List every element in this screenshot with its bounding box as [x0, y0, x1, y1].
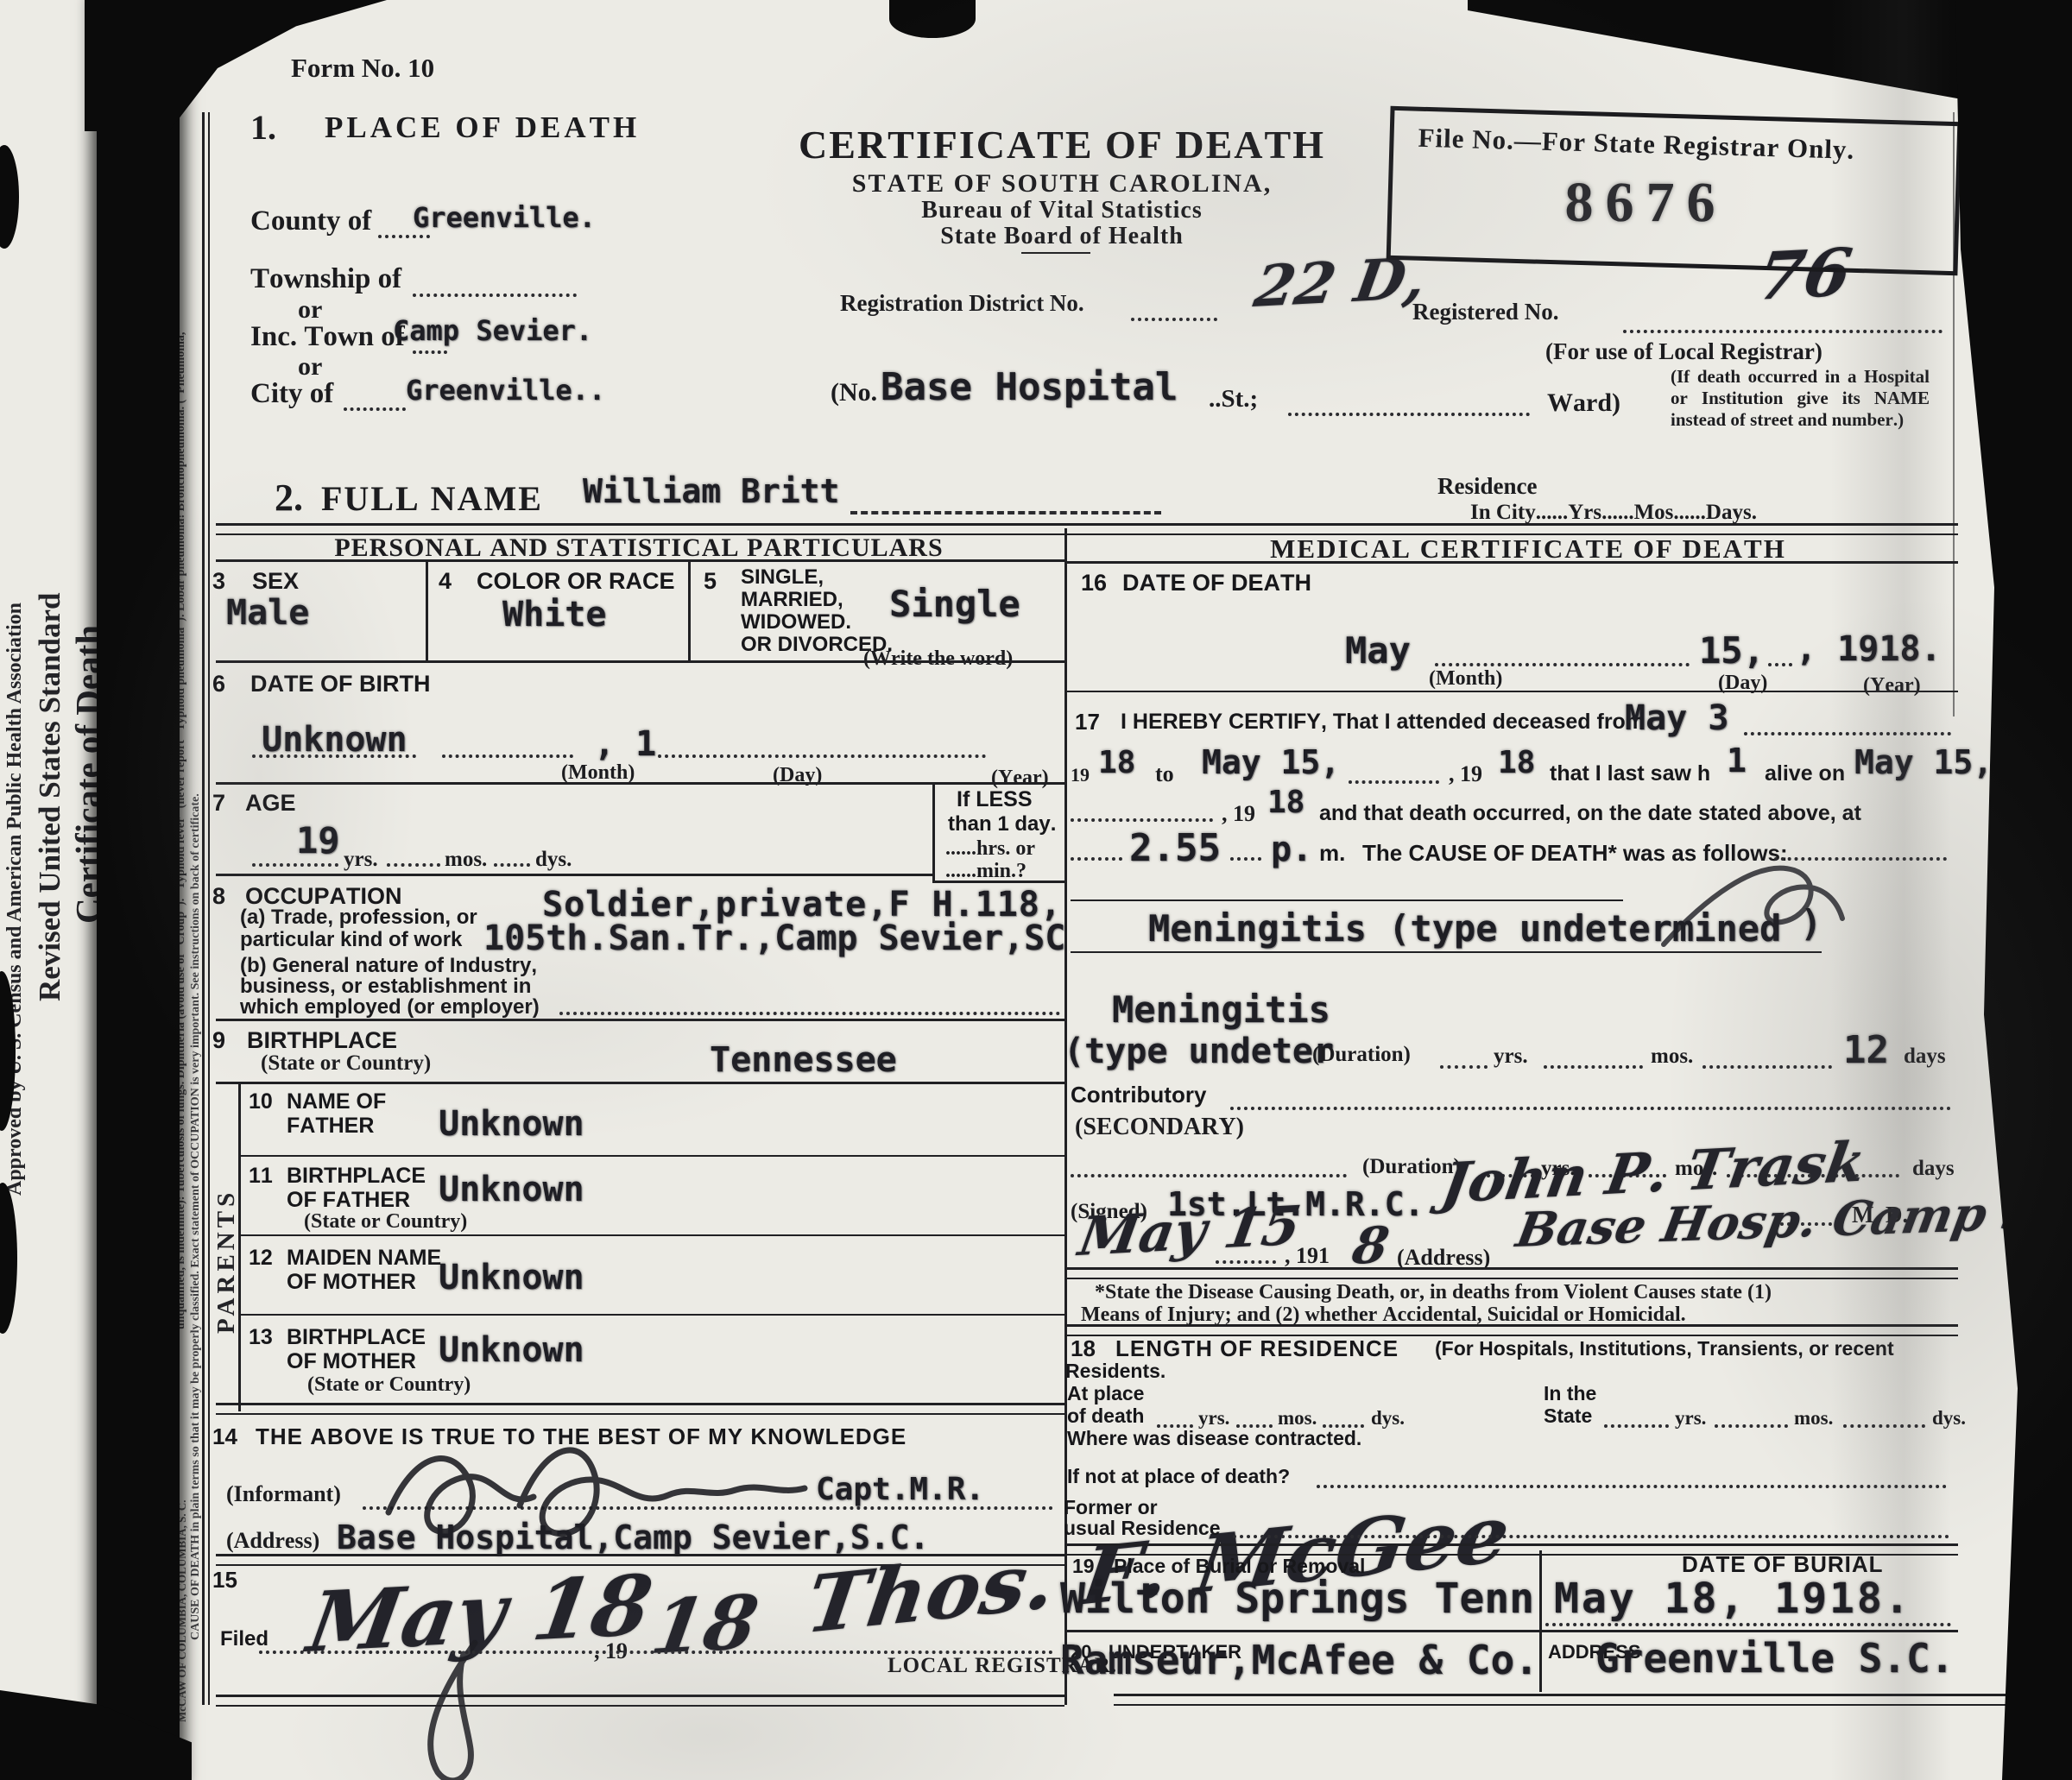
cause-footnote2: Means of Injury; and (2) whether Acciden… — [1081, 1303, 1686, 1327]
duration-dotline3 — [1702, 1065, 1832, 1069]
duration2-days-label: days — [1912, 1157, 1955, 1181]
res-yrs2: yrs. — [1675, 1407, 1706, 1430]
father-bp-row-rule — [238, 1234, 1064, 1236]
of-death-label: of death — [1067, 1405, 1144, 1428]
inc-town-value: Camp Sevier. — [393, 316, 592, 347]
county-value: Greenville. — [413, 203, 596, 234]
line2-19: 19 — [1071, 765, 1090, 786]
fullname-value: William Britt — [583, 473, 839, 510]
father-label2: FATHER — [287, 1114, 374, 1138]
dod-number: 16 — [1081, 570, 1107, 596]
inc-town-dotline — [413, 350, 447, 354]
res-mos1: mos. — [1278, 1407, 1317, 1430]
certificate-subtitle2: Bureau of Vital Statistics — [742, 197, 1381, 224]
alive-on-value: May 15, — [1854, 744, 1993, 781]
mother-row-rule — [238, 1314, 1064, 1316]
ampm-value: p. — [1271, 830, 1312, 869]
township-dotline — [413, 294, 577, 297]
age-value: 19 — [296, 820, 340, 861]
subtitle-underline — [1021, 252, 1090, 254]
dod-dotline1 — [1435, 663, 1690, 666]
marital-line1: SINGLE, — [741, 566, 824, 590]
duration-days-value: 12 — [1843, 1029, 1889, 1071]
res-yrs1: yrs. — [1198, 1407, 1229, 1430]
sex-row-rule — [216, 660, 1064, 663]
line2-dotline — [1349, 780, 1439, 784]
if-not-label: If not at place of death? — [1067, 1466, 1290, 1488]
line3-dotline — [1071, 818, 1213, 822]
age-note-divider — [932, 782, 935, 881]
time-value: 2.55 — [1129, 827, 1221, 869]
dob-month-label: (Month) — [561, 761, 635, 785]
certificate-subtitle1: STATE OF SOUTH CAROLINA, — [742, 169, 1381, 199]
cause-footnote1: *State the Disease Causing Death, or, in… — [1095, 1281, 1772, 1304]
section1-title: PLACE OF DEATH — [325, 110, 640, 144]
mother-label2: OF MOTHER — [287, 1270, 416, 1294]
age-row-rule-right — [932, 881, 1064, 883]
in-the-label: In the — [1544, 1383, 1596, 1405]
marital-line2: MARRIED, — [741, 589, 843, 612]
father-row-rule — [238, 1155, 1064, 1157]
undertaker-value: Ramseur,McAfee & Co. — [1060, 1638, 1538, 1683]
birthplace-hint: (State or Country) — [261, 1051, 431, 1076]
sign-date-script: May 15 — [1075, 1196, 1304, 1267]
undertaker-address-value: Greenville S.C. — [1595, 1637, 1954, 1682]
st-label: ..St.; — [1209, 385, 1258, 413]
former-dotline — [1233, 1535, 1949, 1538]
birthplace-row-rule — [216, 1082, 1064, 1084]
father-bp-label2: OF FATHER — [287, 1188, 410, 1212]
residence-note2: Residents. — [1065, 1360, 1165, 1383]
age-dotline2 — [387, 863, 440, 867]
filed-script-tail — [393, 1638, 531, 1780]
if-not-dotline — [1317, 1485, 1947, 1488]
age-note-line2: than 1 day. — [948, 813, 1056, 836]
former-label2: usual Residence — [1064, 1518, 1221, 1540]
residence-label: Residence — [1437, 473, 1537, 499]
reg-district-dotline — [1131, 318, 1217, 321]
dob-dotline3 — [658, 754, 986, 758]
fullname-dashline — [850, 511, 1161, 514]
mother-bp-label2: OF MOTHER — [287, 1349, 416, 1373]
dob-dotline2 — [442, 754, 573, 758]
duration-dotline1 — [1440, 1065, 1488, 1069]
inc-town-label: Inc. Town of — [250, 321, 405, 353]
city-dotline — [344, 407, 406, 411]
dob-number: 6 — [212, 671, 225, 697]
ward-dotline — [1288, 413, 1530, 416]
county-dotline — [378, 235, 430, 238]
sign-year-script: 8 — [1349, 1217, 1393, 1275]
line3-19: , 19 — [1222, 801, 1255, 826]
age-mos-label: mos. — [445, 848, 487, 872]
sex-number: 3 — [212, 568, 225, 594]
form-left-border-outer — [202, 112, 205, 1705]
cause2b-value: (type undeter — [1064, 1032, 1334, 1071]
m-label: m. — [1319, 841, 1345, 866]
certify-dotline1 — [1744, 732, 1951, 735]
scan-left-band — [97, 0, 180, 1780]
file-number-box: File No.—For State Registrar Only. 8676 — [1387, 106, 1962, 275]
secondary-label: (SECONDARY) — [1075, 1114, 1244, 1140]
age-dotline1 — [252, 863, 338, 867]
fullname-number: 2. — [275, 477, 303, 519]
occupation-a2: particular kind of work — [240, 929, 462, 952]
occupation-b3: which employed (or employer) — [240, 996, 540, 1019]
mother-bp-label1: BIRTHPLACE — [287, 1325, 426, 1349]
residence-note1: (For Hospitals, Institutions, Transients… — [1435, 1338, 1894, 1360]
state-label: State — [1544, 1405, 1592, 1428]
dod-dotline2 — [1768, 663, 1792, 666]
father-bp-value: Unknown — [439, 1171, 584, 1209]
mother-label1: MAIDEN NAME — [287, 1246, 441, 1270]
certificate-subtitle3: State Board of Health — [742, 223, 1381, 249]
scan-right-band — [1942, 0, 2072, 1780]
section1-number: 1. — [250, 109, 276, 148]
age-row-rule-left — [216, 874, 932, 876]
dod-label: DATE OF DEATH — [1122, 570, 1311, 596]
filed-year-script: 18 — [646, 1581, 763, 1670]
local-registrar-use-note: (For use of Local Registrar) — [1545, 338, 1822, 364]
mother-bp-hint: (State or Country) — [307, 1373, 471, 1397]
duration-label: (Duration) — [1312, 1043, 1411, 1067]
occupation-row-rule — [216, 1019, 1064, 1021]
dod-year-label: (Year) — [1863, 674, 1921, 697]
age-dys-label: dys. — [535, 848, 572, 872]
death-certificate-scan: Approved by U. S. Census and American Pu… — [0, 0, 2072, 1780]
certify-number: 17 — [1075, 710, 1100, 735]
duration-days-label: days — [1904, 1045, 1946, 1069]
dod-month-value: May — [1345, 630, 1411, 671]
no-label: (No. — [831, 378, 877, 407]
residence-line: In City......Yrs......Mos......Days. — [1470, 501, 1757, 525]
line2-to: to — [1155, 761, 1174, 786]
registered-no-label: Registered No. — [1412, 299, 1558, 325]
cause-rule2 — [1071, 951, 1822, 953]
age-note-line3: ......hrs. or — [945, 837, 1035, 861]
marital-line3: WIDOWED. — [741, 611, 851, 634]
dob-year-label: (Year) — [991, 767, 1049, 790]
father-bp-number: 11 — [249, 1164, 273, 1188]
line3-18-value: 18 — [1267, 786, 1304, 820]
city-value: Greenville.. — [406, 376, 605, 407]
residence-length-label: LENGTH OF RESIDENCE — [1115, 1336, 1399, 1361]
dob-label: DATE OF BIRTH — [250, 671, 431, 697]
former-label1: Former or — [1064, 1497, 1158, 1519]
birthplace-label: BIRTHPLACE — [247, 1027, 397, 1053]
where-contracted-label: Where was disease contracted. — [1067, 1428, 1361, 1450]
form-left-border-inner — [208, 112, 210, 1705]
personal-header: PERSONAL AND STATISTICAL PARTICULARS — [242, 533, 1036, 563]
personal-header-rule — [216, 559, 1064, 562]
filed-label: Filed — [220, 1628, 268, 1651]
res-mos2: mos. — [1794, 1407, 1833, 1430]
age-dotline3 — [494, 863, 530, 867]
informant-address-value: Base Hospital,Camp Sevier,S.C. — [337, 1519, 929, 1556]
residence-number: 18 — [1071, 1336, 1096, 1361]
father-bp-hint: (State or Country) — [304, 1210, 467, 1234]
age-number: 7 — [212, 790, 225, 816]
medical-header-rule — [1064, 561, 1958, 564]
margin-statement-note: CAUSE OF DEATH in plain terms so that it… — [189, 52, 203, 1640]
or1-label: or — [298, 295, 322, 325]
sex-label: SEX — [252, 568, 299, 594]
birthplace-number: 9 — [212, 1027, 225, 1053]
line2-18-value: 18 — [1098, 746, 1135, 780]
father-value: Unknown — [439, 1105, 584, 1144]
certify-text: I HEREBY CERTIFY, That I attended deceas… — [1121, 710, 1645, 734]
contributory-label: Contributory — [1071, 1083, 1206, 1108]
duration2-dotline0 — [1071, 1174, 1347, 1177]
parents-label: PARENTS — [212, 1161, 241, 1334]
cause-value: Meningitis (type undetermined — [1148, 908, 1781, 949]
hospital-note: (If death occurred in a Hospital or Inst… — [1671, 366, 1930, 430]
occupation-number: 8 — [212, 883, 225, 909]
at-place-label: At place — [1067, 1383, 1144, 1405]
age-yrs-label: yrs. — [344, 848, 378, 872]
burial-place-value: Wilton Springs Tenn — [1060, 1576, 1534, 1623]
father-label1: NAME OF — [287, 1089, 386, 1114]
res-dys1: dys. — [1371, 1407, 1405, 1430]
margin-revised-text: Revised United States Standard — [33, 194, 67, 1001]
dod-day-value: 15, — [1699, 630, 1765, 671]
cause-paren-value: ) — [1800, 903, 1822, 944]
duration-yrs-label: yrs. — [1494, 1045, 1528, 1069]
ward-label: Ward) — [1547, 388, 1620, 418]
last-saw-value: 1 — [1727, 742, 1747, 780]
informant-address-label: (Address) — [226, 1528, 319, 1553]
registered-no-dotline — [1623, 330, 1942, 333]
parents-bottom-rule — [216, 1403, 1064, 1415]
parents-divider — [238, 1082, 241, 1411]
burial-date-label: DATE OF BURIAL — [1682, 1552, 1884, 1577]
race-value: White — [502, 596, 606, 634]
res-dotline5 — [1715, 1424, 1788, 1428]
burial-divider — [1539, 1550, 1542, 1692]
scan-top-blob — [889, 0, 976, 38]
cause2-value: Meningitis — [1112, 989, 1330, 1030]
occupation-a1: (a) Trade, profession, or — [240, 906, 477, 930]
line2-18b-value: 18 — [1498, 746, 1535, 780]
file-box-label: File No.—For State Registrar Only. — [1418, 123, 1855, 166]
township-label: Township of — [250, 263, 401, 295]
left-bottom-rule — [216, 1695, 1064, 1707]
sex-value: Male — [226, 594, 309, 633]
age-note-line1: If LESS — [957, 787, 1033, 811]
footnote-bottom-rule — [1064, 1324, 1958, 1336]
dod-month-label: (Month) — [1429, 667, 1502, 691]
informant-label: (Informant) — [226, 1481, 341, 1506]
form-number: Form No. 10 — [291, 54, 434, 84]
duration-mos-label: mos. — [1651, 1045, 1693, 1069]
dob-year-value: , 1 — [594, 725, 656, 764]
burial-date-value: May 18, 1918. — [1554, 1576, 1912, 1623]
sign-191-printed: , 191 — [1285, 1243, 1330, 1268]
mother-value: Unknown — [439, 1259, 584, 1297]
or2-label: or — [298, 352, 322, 382]
line4-dotline1 — [1071, 857, 1122, 861]
alive-on-text: alive on — [1765, 761, 1845, 786]
race-number: 4 — [439, 568, 452, 594]
dob-dotline1 — [252, 754, 416, 758]
mother-bp-value: Unknown — [439, 1331, 584, 1370]
dod-row-rule — [1064, 691, 1958, 692]
line2-19b: , 19 — [1449, 761, 1482, 786]
right-bottom-rule — [1114, 1694, 2012, 1706]
city-label: City of — [250, 378, 333, 410]
age-label: AGE — [245, 790, 296, 816]
sex-race-divider — [426, 559, 428, 660]
county-label: County of — [250, 205, 371, 237]
duration-dotline2 — [1544, 1065, 1643, 1069]
occupation-dotline — [559, 1012, 1060, 1015]
contributory-dotline — [1230, 1107, 1951, 1110]
marital-number: 5 — [704, 568, 717, 594]
age-note-line4: ......min.? — [945, 860, 1027, 883]
certificate-title: CERTIFICATE OF DEATH — [742, 123, 1381, 167]
sign-address-label: (Address) — [1397, 1245, 1490, 1270]
reg-district-label: Registration District No. — [840, 290, 1084, 316]
marital-hint: (Write the word) — [863, 647, 1013, 671]
burial-row-rule — [1064, 1630, 1958, 1632]
race-marital-divider — [688, 559, 691, 660]
sec14-number: 14 — [212, 1424, 237, 1449]
occupation-value2: 105th.San.Tr.,Camp Sevier,SC — [483, 919, 1065, 958]
fullname-label: FULL NAME — [321, 480, 543, 519]
mother-number: 12 — [249, 1246, 273, 1270]
father-number: 10 — [249, 1089, 273, 1114]
res-dotline4 — [1604, 1424, 1669, 1428]
medical-header: MEDICAL CERTIFICATE OF DEATH — [1122, 534, 1934, 565]
file-number-stamp: 8676 — [1565, 171, 1728, 235]
hospital-value: Base Hospital — [881, 366, 1178, 408]
father-bp-label1: BIRTHPLACE — [287, 1164, 426, 1188]
attended-from-value: May 3 — [1625, 699, 1728, 738]
race-label: COLOR OR RACE — [477, 568, 675, 594]
sign-date-dotline — [1216, 1260, 1276, 1264]
mother-bp-number: 13 — [249, 1325, 273, 1349]
burial-date-dotline — [1545, 1623, 1951, 1626]
last-saw-text: that I last saw h — [1550, 761, 1710, 786]
scan-left-edge-blob3 — [0, 1183, 17, 1334]
line4-dotline2 — [1230, 857, 1261, 861]
sec15-number: 15 — [212, 1568, 237, 1593]
informant-rank-value: Capt.M.R. — [816, 1473, 984, 1507]
cause-rule1 — [1071, 899, 1623, 901]
attended-to-value: May 15, — [1202, 744, 1340, 781]
birthplace-value: Tennessee — [710, 1041, 897, 1080]
dob-row-rule — [216, 782, 1064, 785]
dod-year-value: , 1918. — [1796, 630, 1942, 669]
res-dotline6 — [1843, 1424, 1925, 1428]
res-dys2: dys. — [1932, 1407, 1966, 1430]
death-occurred-text: and that death occurred, on the date sta… — [1319, 801, 1861, 825]
signed-bottom-rule — [1064, 1267, 1958, 1279]
marital-value: Single — [889, 584, 1020, 624]
